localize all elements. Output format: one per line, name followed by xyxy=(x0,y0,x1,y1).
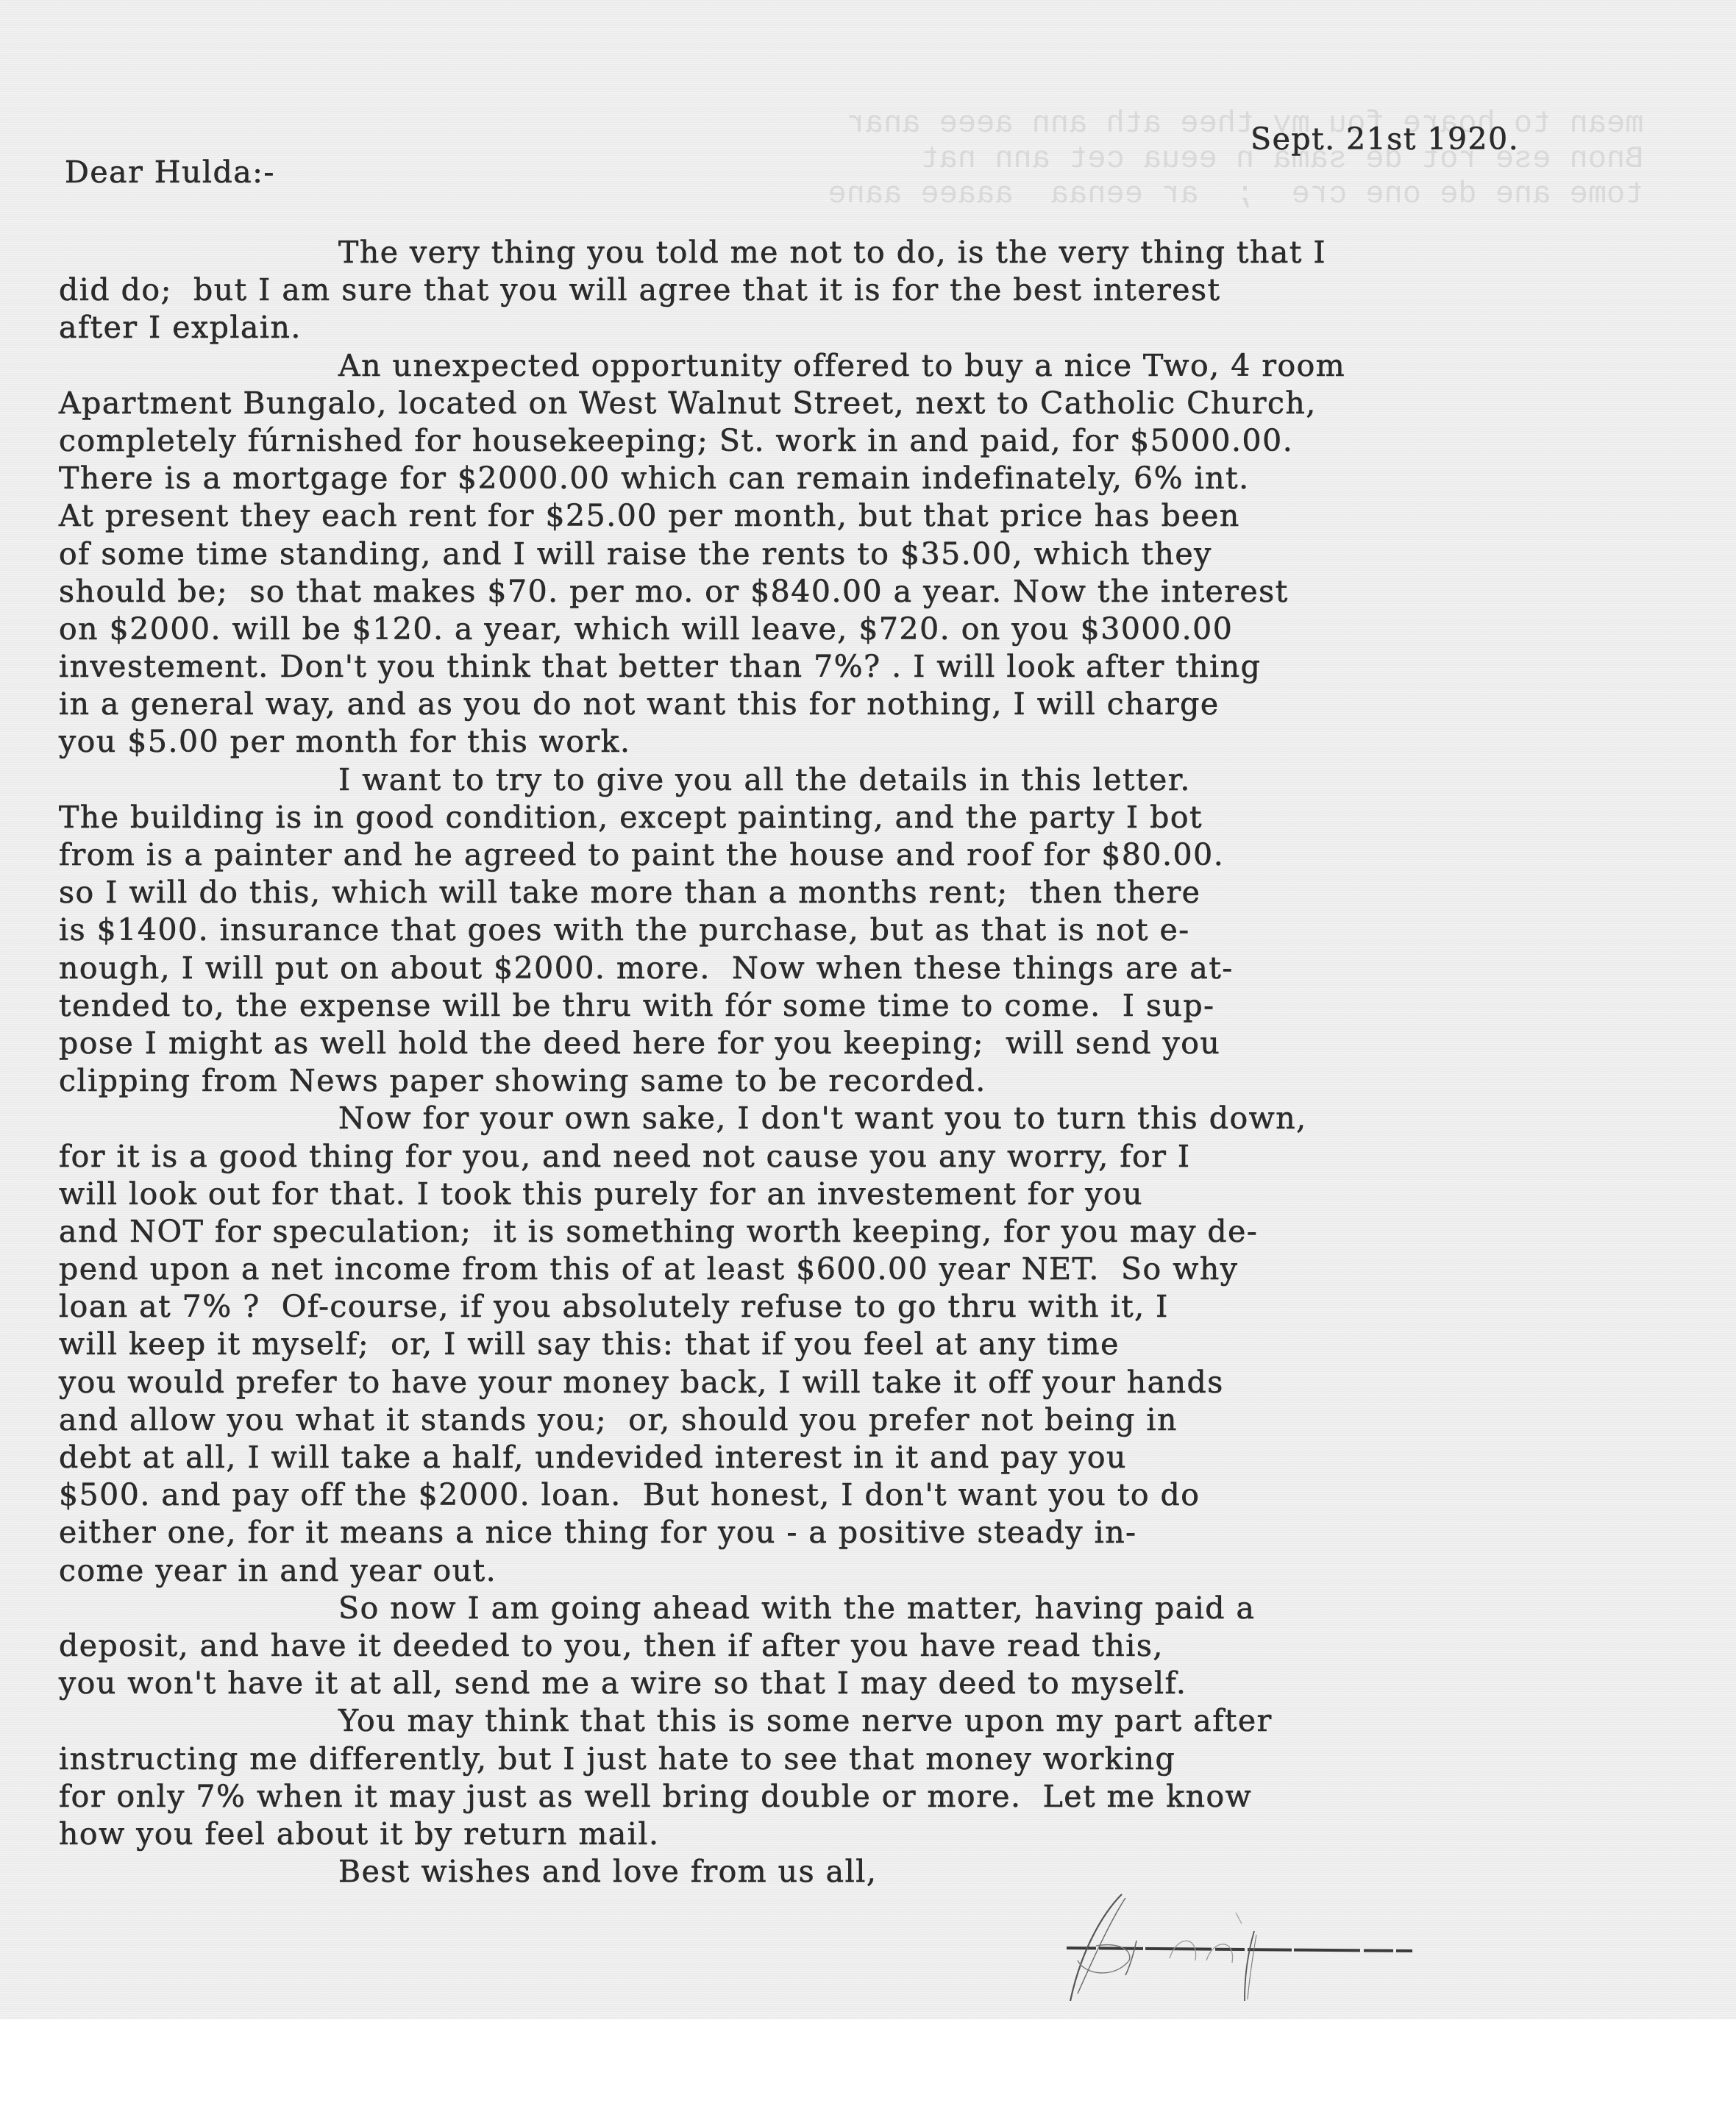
paragraph-3: I want to try to give you all the detail… xyxy=(59,761,1736,1101)
text-line: clipping from News paper showing same to… xyxy=(59,1062,1736,1100)
text-line: The building is in good condition, excep… xyxy=(59,799,1736,836)
text-line: is $1400. insurance that goes with the p… xyxy=(59,911,1736,949)
text-line: for it is a good thing for you, and need… xyxy=(59,1138,1736,1176)
text-line: Apartment Bungalo, located on West Walnu… xyxy=(59,385,1736,422)
text-line: and NOT for speculation; it is something… xyxy=(59,1213,1736,1251)
text-line: investement. Don't you think that better… xyxy=(59,648,1736,686)
text-line: of some time standing, and I will raise … xyxy=(59,536,1736,573)
signature-scrawl-icon xyxy=(1052,1891,1420,2001)
text-line: I want to try to give you all the detail… xyxy=(59,761,1736,799)
text-line: how you feel about it by return mail. xyxy=(59,1816,1736,1853)
paragraph-4: Now for your own sake, I don't want you … xyxy=(59,1100,1736,1589)
paragraph-2: An unexpected opportunity offered to buy… xyxy=(59,347,1736,761)
text-line: nough, I will put on about $2000. more. … xyxy=(59,950,1736,987)
text-line: either one, for it means a nice thing fo… xyxy=(59,1514,1736,1551)
closing-line: Best wishes and love from us all, xyxy=(59,1853,1736,1891)
paragraph-1: The very thing you told me not to do, is… xyxy=(59,234,1736,347)
text-line: tended to, the expense will be thru with… xyxy=(59,987,1736,1025)
text-line: You may think that this is some nerve up… xyxy=(59,1702,1736,1740)
text-line: will keep it myself; or, I will say this… xyxy=(59,1326,1736,1363)
text-line: pose I might as well hold the deed here … xyxy=(59,1025,1736,1062)
text-line: and allow you what it stands you; or, sh… xyxy=(59,1401,1736,1439)
text-line: There is a mortgage for $2000.00 which c… xyxy=(59,460,1736,497)
text-line: completely fúrnished for housekeeping; S… xyxy=(59,422,1736,460)
paragraph-5: So now I am going ahead with the matter,… xyxy=(59,1590,1736,1703)
text-line: in a general way, and as you do not want… xyxy=(59,686,1736,723)
text-line: loan at 7% ? Of-course, if you absolutel… xyxy=(59,1288,1736,1326)
text-line: should be; so that makes $70. per mo. or… xyxy=(59,573,1736,611)
text-line: will look out for that. I took this pure… xyxy=(59,1176,1736,1213)
text-line: after I explain. xyxy=(59,309,1736,346)
text-line: you $5.00 per month for this work. xyxy=(59,723,1736,761)
text-line: pend upon a net income from this of at l… xyxy=(59,1251,1736,1288)
text-line: on $2000. will be $120. a year, which wi… xyxy=(59,611,1736,648)
text-line: An unexpected opportunity offered to buy… xyxy=(59,347,1736,385)
paragraph-6: You may think that this is some nerve up… xyxy=(59,1702,1736,1853)
text-line: Now for your own sake, I don't want you … xyxy=(59,1100,1736,1137)
signature xyxy=(1052,1891,1420,2001)
text-line: you would prefer to have your money back… xyxy=(59,1364,1736,1401)
text-line: $500. and pay off the $2000. loan. But h… xyxy=(59,1476,1736,1514)
text-line: you won't have it at all, send me a wire… xyxy=(59,1665,1736,1702)
text-line: At present they each rent for $25.00 per… xyxy=(59,497,1736,535)
salutation: Dear Hulda:- xyxy=(65,154,275,190)
closing: Best wishes and love from us all, xyxy=(59,1853,1736,1891)
text-line: did do; but I am sure that you will agre… xyxy=(59,271,1736,309)
text-line: deposit, and have it deeded to you, then… xyxy=(59,1627,1736,1665)
text-line: so I will do this, which will take more … xyxy=(59,874,1736,911)
letter-paper: mean to hoare fou my thee ath ann aeee a… xyxy=(0,0,1736,2019)
text-line: for only 7% when it may just as well bri… xyxy=(59,1778,1736,1816)
text-line: The very thing you told me not to do, is… xyxy=(59,234,1736,271)
text-line: come year in and year out. xyxy=(59,1552,1736,1590)
text-line: debt at all, I will take a half, undevid… xyxy=(59,1439,1736,1476)
letter-body: The very thing you told me not to do, is… xyxy=(59,234,1736,1891)
text-line: So now I am going ahead with the matter,… xyxy=(59,1590,1736,1627)
text-line: from is a painter and he agreed to paint… xyxy=(59,836,1736,874)
text-line: instructing me differently, but I just h… xyxy=(59,1741,1736,1778)
letter-date: Sept. 21st 1920. xyxy=(1251,121,1519,157)
